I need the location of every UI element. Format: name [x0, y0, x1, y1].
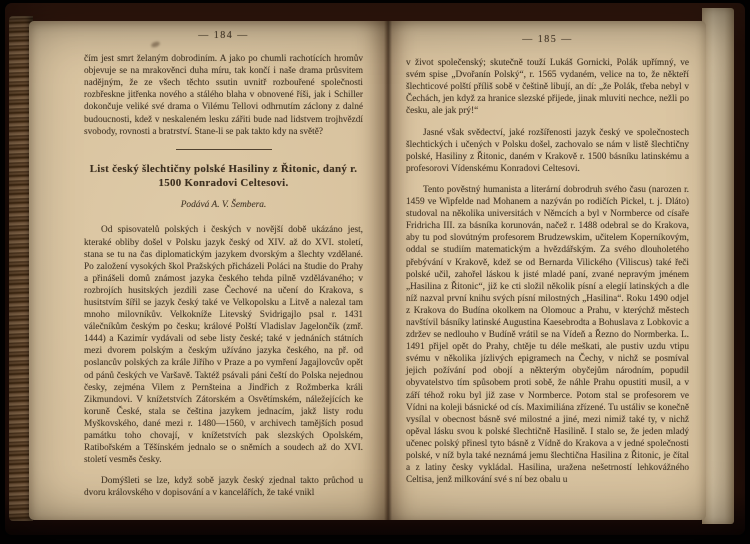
section-divider	[176, 149, 272, 150]
gutter-fold	[384, 21, 392, 520]
book-photo: { "left_page": { "page_number": "— 184 —…	[0, 0, 750, 544]
continued-paragraph-left: čím jest smrt želaným dobrodiním. A jako…	[84, 53, 363, 138]
left-page-text: — 184 — čím jest smrt želaným dobrodiním…	[84, 30, 363, 500]
fore-edge-right	[702, 8, 734, 524]
page-number-left: — 184 —	[84, 30, 363, 42]
body-paragraph: Tento pověstný humanista a literární dob…	[406, 184, 689, 486]
right-page: — 185 — v život společenský; skutečně to…	[388, 21, 706, 520]
article-heading: List český šlechtičny polské Hasiliny z …	[88, 163, 359, 191]
page-number-right: — 185 —	[406, 34, 689, 46]
right-page-text: — 185 — v život společenský; skutečně to…	[406, 34, 689, 486]
body-paragraph: Od spisovatelů polských i českých v nově…	[84, 224, 363, 466]
body-paragraph: Jasné však svědectví, jaké rozšířenosti …	[406, 127, 689, 175]
article-byline: Podává A. V. Šembera.	[84, 199, 363, 211]
left-page: — 184 — čím jest smrt želaným dobrodiním…	[29, 21, 388, 520]
continued-paragraph-right: v život společenský; skutečně touží Luká…	[406, 57, 689, 117]
body-paragraph: Domýšleti se lze, když sobě jazyk český …	[84, 475, 363, 499]
